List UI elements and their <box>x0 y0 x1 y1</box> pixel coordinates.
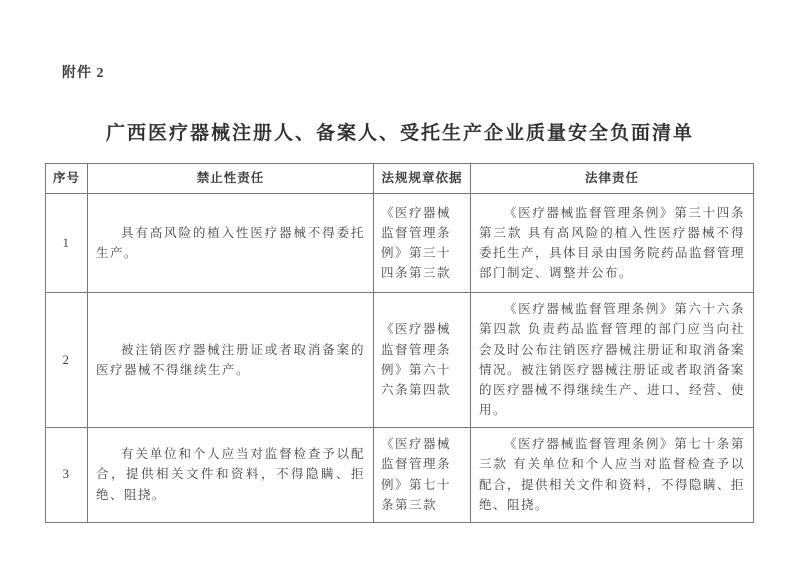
prohibition-cell: 有关单位和个人应当对监督检查予以配合，提供相关文件和资料，不得隐瞒、拒绝、阻挠。 <box>88 427 374 522</box>
negative-list-table: 序号 禁止性责任 法规规章依据 法律责任 1 具有高风险的植入性医疗器械不得委托… <box>45 163 754 523</box>
basis-cell: 《医疗器械监督管理条例》第七十条第三款 <box>374 427 471 522</box>
table-row: 1 具有高风险的植入性医疗器械不得委托生产。 《医疗器械监督管理条例》第三十四条… <box>46 194 754 293</box>
basis-cell: 《医疗器械监督管理条例》第六十六条第四款 <box>374 293 471 428</box>
header-cell-no: 序号 <box>46 164 88 194</box>
liability-cell: 《医疗器械监督管理条例》第三十四条第三款 具有高风险的植入性医疗器械不得委托生产… <box>471 194 754 293</box>
row-number: 1 <box>46 194 88 293</box>
page-title: 广西医疗器械注册人、备案人、受托生产企业质量安全负面清单 <box>0 118 800 145</box>
header-cell-basis: 法规规章依据 <box>374 164 471 194</box>
liability-cell: 《医疗器械监督管理条例》第七十条第三款 有关单位和个人应当对监督检查予以配合，提… <box>471 427 754 522</box>
row-number: 3 <box>46 427 88 522</box>
header-cell-prohibition: 禁止性责任 <box>88 164 374 194</box>
header-cell-liability: 法律责任 <box>471 164 754 194</box>
liability-cell: 《医疗器械监督管理条例》第六十六条第四款 负责药品监督管理的部门应当向社会及时公… <box>471 293 754 428</box>
row-number: 2 <box>46 293 88 428</box>
attachment-label: 附件 2 <box>62 62 105 82</box>
table-row: 3 有关单位和个人应当对监督检查予以配合，提供相关文件和资料，不得隐瞒、拒绝、阻… <box>46 427 754 522</box>
table-header-row: 序号 禁止性责任 法规规章依据 法律责任 <box>46 164 754 194</box>
prohibition-cell: 具有高风险的植入性医疗器械不得委托生产。 <box>88 194 374 293</box>
basis-cell: 《医疗器械监督管理条例》第三十四条第三款 <box>374 194 471 293</box>
table-row: 2 被注销医疗器械注册证或者取消备案的医疗器械不得继续生产。 《医疗器械监督管理… <box>46 293 754 428</box>
document-page: 附件 2 广西医疗器械注册人、备案人、受托生产企业质量安全负面清单 序号 禁止性… <box>0 0 800 565</box>
prohibition-cell: 被注销医疗器械注册证或者取消备案的医疗器械不得继续生产。 <box>88 293 374 428</box>
